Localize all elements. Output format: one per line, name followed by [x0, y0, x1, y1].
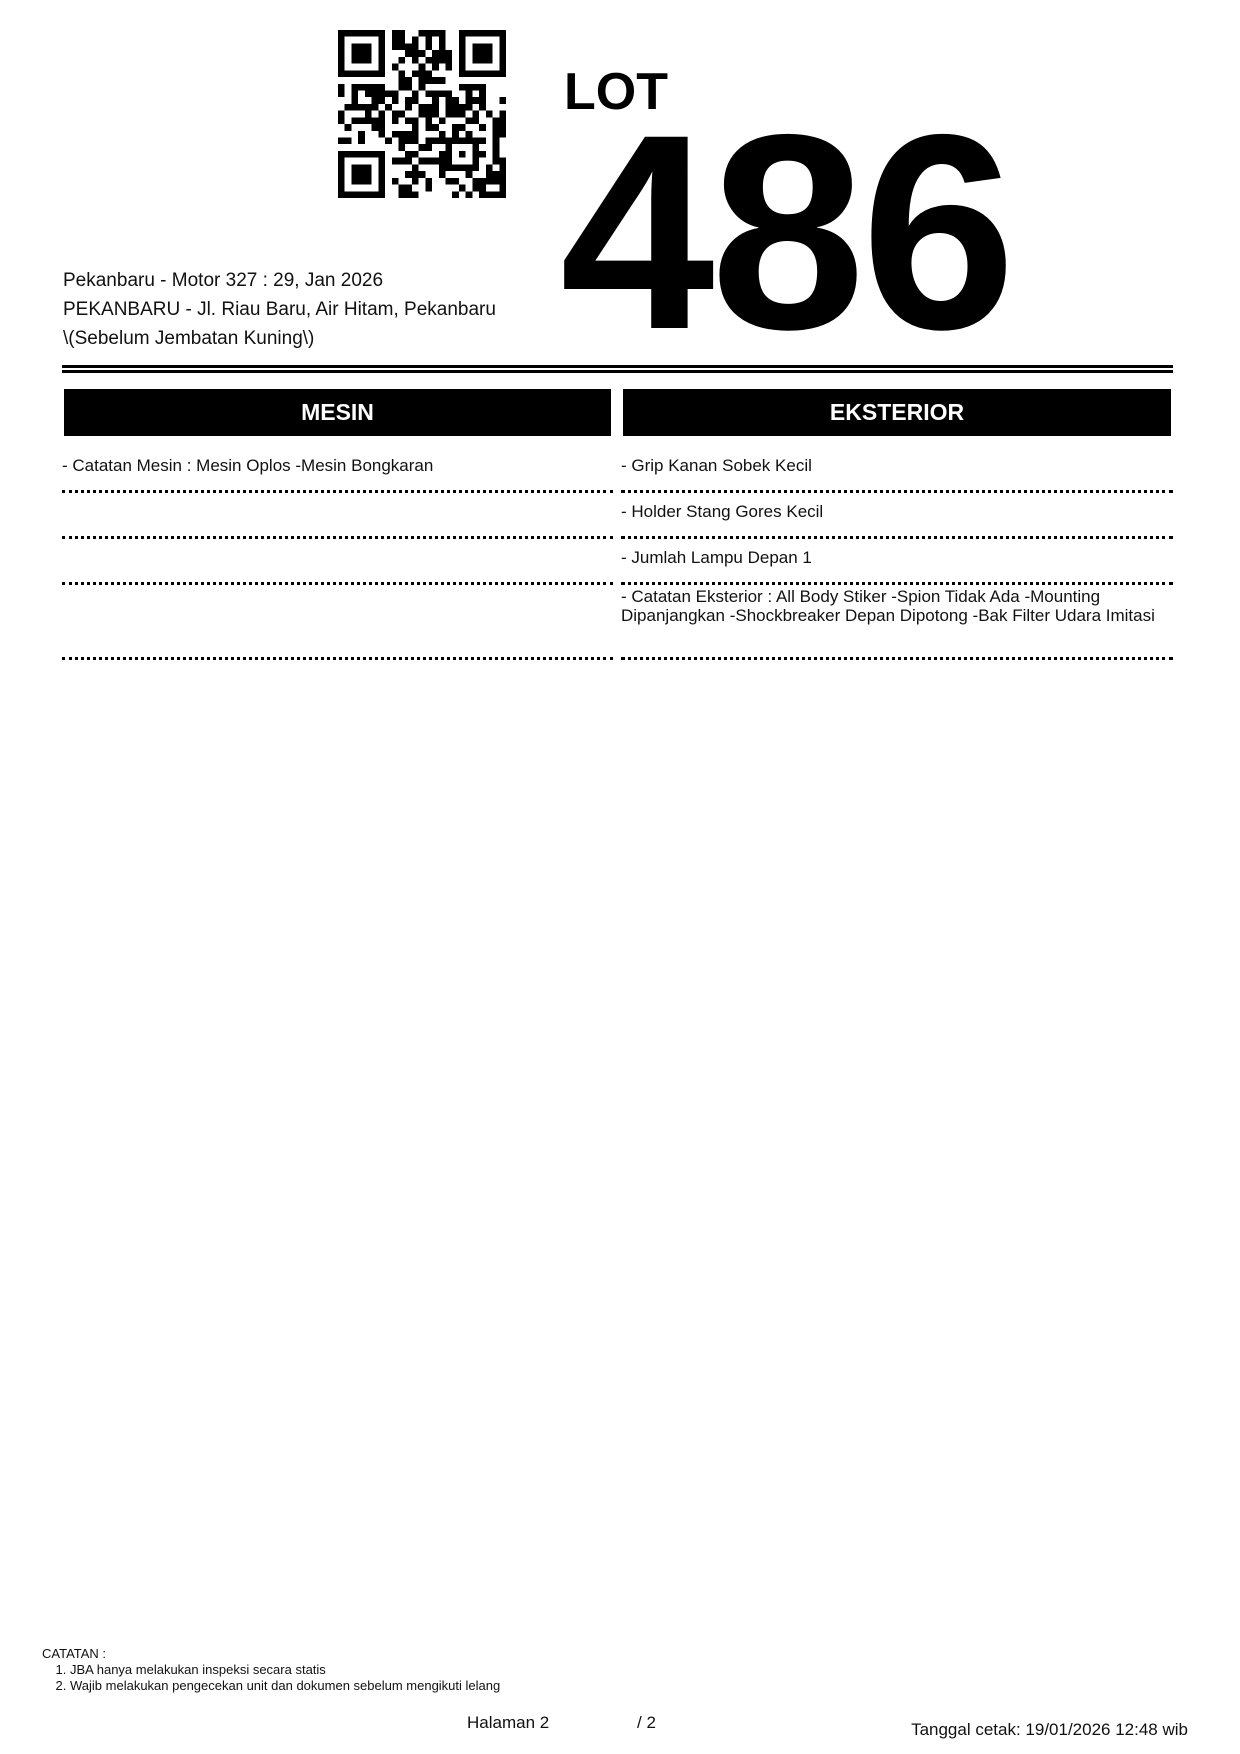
header-divider-bottom: [62, 370, 1173, 373]
note-item: Wajib melakukan pengecekan unit dan doku…: [70, 1678, 500, 1694]
mesin-row: - Catatan Mesin : Mesin Oplos -Mesin Bon…: [62, 447, 613, 493]
eksterior-row: - Holder Stang Gores Kecil: [621, 493, 1173, 539]
lot-number: 486: [560, 93, 1012, 371]
page-total: / 2: [637, 1713, 656, 1733]
auction-info: Pekanbaru - Motor 327 : 29, Jan 2026 PEK…: [63, 266, 563, 353]
notes-block: CATATAN : JBA hanya melakukan inspeksi s…: [42, 1646, 500, 1694]
eksterior-row: - Jumlah Lampu Depan 1: [621, 539, 1173, 585]
page-label: Halaman 2: [467, 1713, 549, 1733]
qr-code-icon: [338, 30, 506, 198]
eksterior-header: EKSTERIOR: [623, 389, 1171, 436]
notes-title: CATATAN :: [42, 1646, 500, 1662]
mesin-header: MESIN: [64, 389, 611, 436]
address-line-1: PEKANBARU - Jl. Riau Baru, Air Hitam, Pe…: [63, 295, 563, 324]
mesin-row: [62, 493, 613, 539]
eksterior-section: EKSTERIOR - Grip Kanan Sobek Kecil - Hol…: [621, 389, 1173, 660]
address-line-2: \(Sebelum Jembatan Kuning\): [63, 324, 563, 353]
mesin-row: [62, 539, 613, 585]
note-item: JBA hanya melakukan inspeksi secara stat…: [70, 1662, 500, 1678]
eksterior-row: - Catatan Eksterior : All Body Stiker -S…: [621, 585, 1173, 660]
header-divider-top: [62, 365, 1173, 368]
mesin-section: MESIN - Catatan Mesin : Mesin Oplos -Mes…: [62, 389, 613, 660]
eksterior-row: - Grip Kanan Sobek Kecil: [621, 447, 1173, 493]
mesin-row: [62, 585, 613, 660]
auction-line: Pekanbaru - Motor 327 : 29, Jan 2026: [63, 266, 563, 295]
print-date: Tanggal cetak: 19/01/2026 12:48 wib: [911, 1720, 1188, 1740]
